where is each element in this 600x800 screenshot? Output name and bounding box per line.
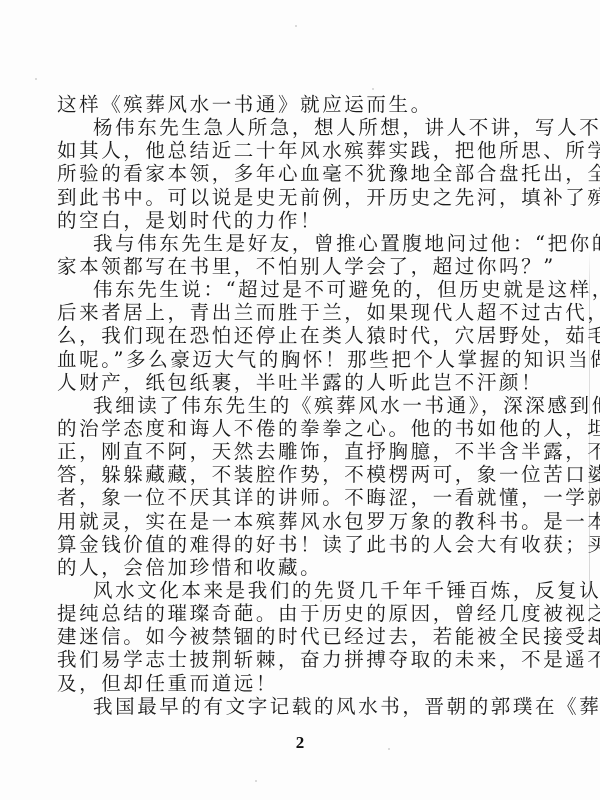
- text-line: 所验的看家本领，多年心血毫不犹豫地全部合盘托出，全部汇编: [57, 162, 537, 185]
- scanned-book-page: 这样《殡葬风水一书通》就应运而生。 杨伟东先生急人所急，想人所想，讲人不讲，写人…: [0, 0, 600, 800]
- scan-speck: [255, 780, 257, 782]
- scan-speck: [35, 78, 37, 80]
- text-line: 如其人，他总结近二十年风水殡葬实践，把他所思、所学、所做、: [57, 139, 537, 162]
- text-line: 伟东先生说：“超过是不可避免的，但历史就是这样，: [57, 278, 537, 301]
- text-line: 用就灵，实在是一本殡葬风水包罗万象的教科书。是一本无法计: [57, 510, 537, 533]
- text-line: 杨伟东先生急人所急，想人所想，讲人不讲，写人不写，文: [57, 116, 537, 139]
- scan-speck: [372, 88, 374, 90]
- scan-speck: [295, 25, 297, 27]
- text-line: 么，我们现在恐怕还停止在类人猿时代，穴居野处，茹毛饮: [57, 324, 537, 347]
- text-line: 及，但却任重而道远！: [57, 672, 537, 695]
- body-text: 这样《殡葬风水一书通》就应运而生。 杨伟东先生急人所急，想人所想，讲人不讲，写人…: [57, 93, 537, 718]
- text-line: 的治学态度和诲人不倦的拳拳之心。他的书如他的人，坦诚、忠: [57, 417, 537, 440]
- text-line: 建迷信。如今被禁锢的时代已经过去，若能被全民接受却还是: [57, 625, 537, 648]
- text-line: 的空白，是划时代的力作！: [57, 209, 537, 232]
- text-line: 到此书中。可以说是史无前例，开历史之先河，填补了殡葬书籍: [57, 186, 537, 209]
- text-line: 我国最早的有文字记载的风水书，晋朝的郭璞在《葬经》: [57, 695, 537, 718]
- text-line: 血呢。”多么豪迈大气的胸怀！那些把个人掌握的知识当做私: [57, 348, 537, 371]
- page-number: 2: [0, 733, 600, 753]
- text-line: 我们易学志士披荆斩棘，奋力拼搏夺取的未来，不是遥不可: [57, 648, 537, 671]
- text-line: 后来者居上，青出兰而胜于兰，如果现代人超不过古代，那: [57, 301, 537, 324]
- text-line: 我与伟东先生是好友，曾推心置腹地问过他：“把你的看: [57, 232, 537, 255]
- text-line: 人财产，纸包纸裹，半吐半露的人听此岂不汗颜！: [57, 371, 537, 394]
- scan-speck: [320, 600, 322, 602]
- text-line: 的人，会倍加珍惜和收藏。: [57, 556, 537, 579]
- text-line: 答，躲躲藏藏，不装腔作势，不模楞两可，象一位苦口婆心的长: [57, 463, 537, 486]
- scan-speck: [560, 355, 562, 357]
- text-line: 提纯总结的璀璨奇葩。由于历史的原因，曾经几度被视之为封: [57, 602, 537, 625]
- scan-speck: [388, 748, 390, 750]
- text-line: 算金钱价值的难得的好书！读了此书的人会大有收获；买了此书: [57, 533, 537, 556]
- text-line: 正，刚直不阿，天然去雕饰，直抒胸臆，不半含半露，不羞羞答: [57, 440, 537, 463]
- text-line: 家本领都写在书里，不怕别人学会了，超过你吗？”: [57, 255, 537, 278]
- text-line: 这样《殡葬风水一书通》就应运而生。: [57, 93, 537, 116]
- text-line: 风水文化本来是我们的先贤几千年千锤百炼，反复认证而: [57, 579, 537, 602]
- scan-speck: [540, 283, 542, 285]
- text-line: 我细读了伟东先生的《殡葬风水一书通》，深深感到他严谨: [57, 394, 537, 417]
- text-line: 者，象一位不厌其详的讲师。不晦涩，一看就懂，一学就会，一: [57, 486, 537, 509]
